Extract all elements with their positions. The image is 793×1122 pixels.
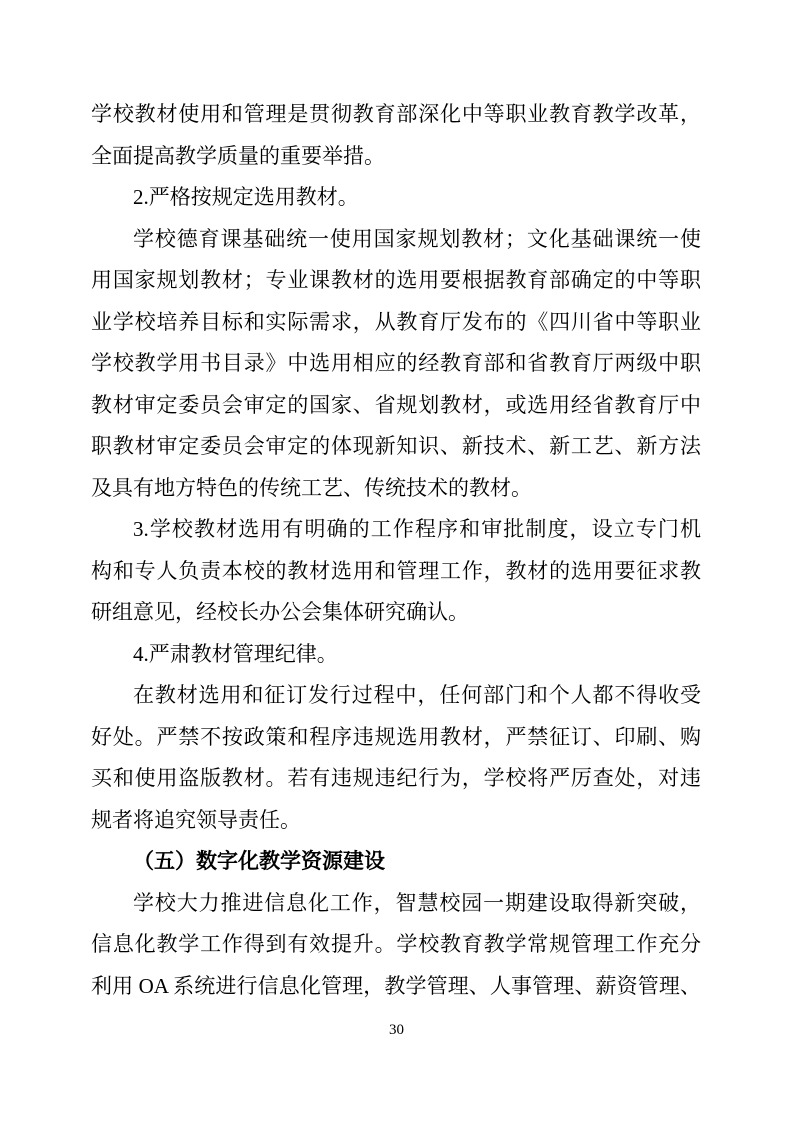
text-line: 4.严肃教材管理纪律。 bbox=[91, 634, 701, 676]
text-line: 及具有地方特色的传统工艺、传统技术的教材。 bbox=[91, 468, 701, 510]
text-line: 研组意见，经校长办公会集体研究确认。 bbox=[91, 592, 701, 634]
document-body: 学校教材使用和管理是贯彻教育部深化中等职业教育教学改革，全面提高教学质量的重要举… bbox=[91, 94, 701, 1007]
document-page: 学校教材使用和管理是贯彻教育部深化中等职业教育教学改革，全面提高教学质量的重要举… bbox=[0, 0, 793, 1122]
text-line: 学校教材使用和管理是贯彻教育部深化中等职业教育教学改革， bbox=[91, 94, 701, 136]
text-line: 学校德育课基础统一使用国家规划教材；文化基础课统一使 bbox=[91, 219, 701, 261]
text-line: 2.严格按规定选用教材。 bbox=[91, 177, 701, 219]
text-line: 业学校培养目标和实际需求，从教育厅发布的《四川省中等职业 bbox=[91, 302, 701, 344]
text-line: 职教材审定委员会审定的体现新知识、新技术、新工艺、新方法 bbox=[91, 426, 701, 468]
text-line: 规者将追究领导责任。 bbox=[91, 800, 701, 842]
text-line: 构和专人负责本校的教材选用和管理工作，教材的选用要征求教 bbox=[91, 551, 701, 593]
text-line: 全面提高教学质量的重要举措。 bbox=[91, 136, 701, 178]
page-number: 30 bbox=[0, 1022, 793, 1039]
text-line: 学校教学用书目录》中选用相应的经教育部和省教育厅两级中职 bbox=[91, 343, 701, 385]
text-line: 3.学校教材选用有明确的工作程序和审批制度，设立专门机 bbox=[91, 509, 701, 551]
text-line: （五）数字化教学资源建设 bbox=[91, 841, 701, 883]
text-line: 利用 OA 系统进行信息化管理，教学管理、人事管理、薪资管理、 bbox=[91, 966, 701, 1008]
text-line: 用国家规划教材；专业课教材的选用要根据教育部确定的中等职 bbox=[91, 260, 701, 302]
text-line: 信息化教学工作得到有效提升。学校教育教学常规管理工作充分 bbox=[91, 924, 701, 966]
text-line: 教材审定委员会审定的国家、省规划教材，或选用经省教育厅中 bbox=[91, 385, 701, 427]
text-line: 学校大力推进信息化工作，智慧校园一期建设取得新突破， bbox=[91, 883, 701, 925]
text-line: 好处。严禁不按政策和程序违规选用教材，严禁征订、印刷、购 bbox=[91, 717, 701, 759]
text-line: 在教材选用和征订发行过程中，任何部门和个人都不得收受 bbox=[91, 675, 701, 717]
text-line: 买和使用盗版教材。若有违规违纪行为，学校将严厉查处，对违 bbox=[91, 758, 701, 800]
